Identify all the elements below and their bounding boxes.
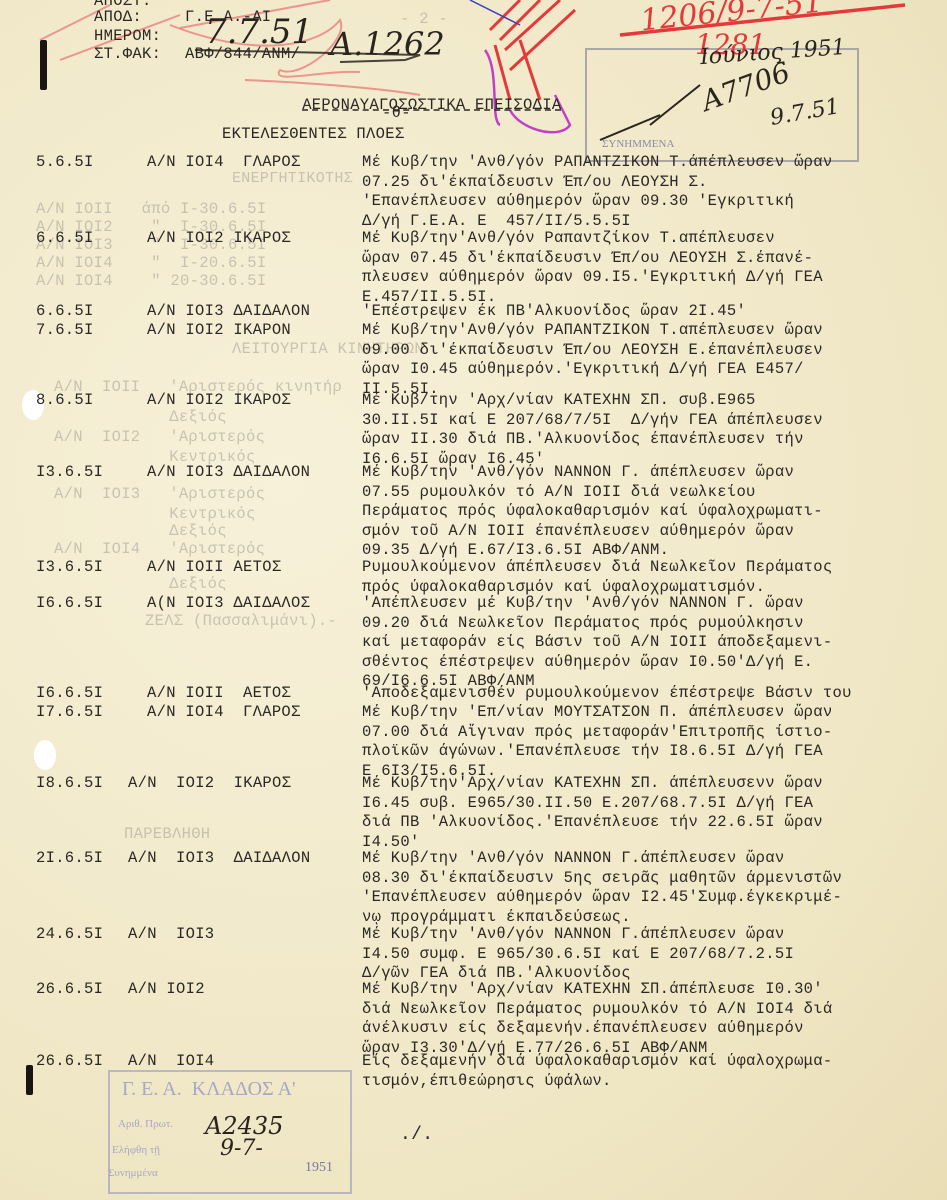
- entry-vessel: Α/Ν ΙΟΙ3 ΔΑΙΔΑΛΟΝ: [147, 463, 310, 481]
- entry-description: Μέ Κυβ/την'Ανθ/γόν ΡΑΠΑΝΤΖΙΚΟΝ Τ.απέπλευ…: [362, 321, 823, 399]
- ghost-row: Δεξιός: [54, 575, 227, 593]
- punch-hole-2: [34, 740, 56, 770]
- entry-date: I3.6.5I: [36, 463, 103, 481]
- header-file-handwritten: Α.1262: [330, 25, 445, 63]
- ghost-footer: ΖΕΛΣ (Πασσαλιμάνι).-: [145, 612, 337, 630]
- entry-description: Μέ Κυβ/την 'Αρχ/νίαν ΚΑΤΕΧΗΝ ΣΠ. συβ.Ε96…: [362, 391, 823, 469]
- stamp-year: 1951: [305, 1160, 333, 1176]
- binding-mark-top: [40, 40, 47, 90]
- entry-vessel: Α/Ν ΙΟΙ2 ΙΚΑΡΟΣ: [128, 774, 291, 792]
- entry-date: I7.6.5I: [36, 703, 103, 721]
- ghost-row: Α/Ν ΙΟΙ4 " I-20.6.5I: [36, 254, 266, 272]
- ghost-row: Α/Ν ΙΟΙ4 " 20-30.6.5I: [36, 272, 266, 290]
- entry-description: 'Επέστρεψεν έκ ΠΒ'Αλκυονίδος ὥραν 2I.45': [362, 302, 746, 322]
- entry-vessel: Α/Ν ΙΟΙ2 ΙΚΑΡΟΣ: [147, 391, 291, 409]
- stamp-field-received: Ελήφθη τῇ: [112, 1144, 160, 1156]
- entry-description: Μέ Κυβ/την 'Ανθ/γόν ΝΑΝΝΟΝ Γ.άπέπλευσεν …: [362, 925, 794, 984]
- entry-date: 6.6.5I: [36, 302, 94, 320]
- entry-vessel: Α/Ν ΙΟΙ2: [128, 980, 205, 998]
- ghost-row: Α/Ν ΙΟΙ4 'Αριστερός: [54, 540, 265, 558]
- entry-description: Μέ Κυβ/την 'Αρχ/νίαν ΚΑΤΕΧΗΝ ΣΠ.άπέπλευσ…: [362, 980, 832, 1058]
- entry-vessel: Α/Ν ΙΟΙ2 ΙΚΑΡΟΝ: [147, 321, 291, 339]
- entry-description: Μέ Κυβ/την 'Ανθ/γόν ΝΑΝΝΟΝ Γ.άπέπλευσεν …: [362, 849, 842, 927]
- entry-vessel: Α/Ν ΙΟΙΙ ΑΕΤΟΣ: [147, 558, 281, 576]
- entry-date: I8.6.5I: [36, 774, 103, 792]
- entry-vessel: Α/Ν ΙΟΙ3 ΔΑΙΔΑΛΟΝ: [128, 849, 310, 867]
- entry-date: 2I.6.5I: [36, 849, 103, 867]
- entry-date: 24.6.5I: [36, 925, 103, 943]
- entry-vessel: Α/Ν ΙΟΙ2 ΙΚΑΡΟΣ: [147, 229, 291, 247]
- entry-date: I6.6.5I: [36, 594, 103, 612]
- entry-date: 6.6.5I: [36, 229, 94, 247]
- ghost-row: Δεξιός: [54, 408, 227, 426]
- page-continuation: ./.: [400, 1125, 433, 1145]
- ghost-row: Α/Ν ΙΟΙΙ άπό I-30.6.5I: [36, 200, 266, 218]
- entry-date: 7.6.5I: [36, 321, 94, 339]
- section-letter: -θ-: [382, 104, 411, 122]
- entry-description: 'Αποδεξαμενισθέν ρυμουλκούμενον έπέστρεψ…: [362, 684, 852, 704]
- entry-date: I3.6.5I: [36, 558, 103, 576]
- entry-vessel: Α/Ν ΙΟΙ4: [128, 1052, 214, 1070]
- entry-date: 26.6.5I: [36, 1052, 103, 1070]
- entry-vessel: Α/Ν ΙΟΙ3: [128, 925, 214, 943]
- header-date-label: ΗΜΕΡΟΜ:: [94, 27, 161, 45]
- header-apod-label: ΑΠΟΔ:: [94, 8, 142, 26]
- entry-description: 'Απέπλευσεν μέ Κυβ/την 'Ανθ/γόν ΝΑΝΝΟΝ Γ…: [362, 594, 832, 692]
- entry-description: Μέ Κυβ/την 'Επ/νίαν ΜΟΥΤΣΑΤΣΟΝ Π. άπέπλε…: [362, 703, 832, 781]
- binding-mark-bottom: [26, 1065, 33, 1095]
- ghost-heading-1: ΕΝΕΡΓΗΤΙΚΟΤΗΣ: [232, 170, 353, 187]
- ghost-row: Κεντρικός: [54, 505, 256, 523]
- stamp-attachments-label: ΣΥΝΗΜΜΕΝΑ: [602, 138, 674, 150]
- stamp-field-protocol: Αριθ. Πρωτ.: [118, 1118, 173, 1130]
- entry-description: Μέ Κυβ/την 'Ανθ/γόν ΝΑΝΝΟΝ Γ. άπέπλευσεν…: [362, 463, 823, 561]
- entry-date: I6.6.5I: [36, 684, 103, 702]
- entry-description: Μέ Κυβ/την 'Ανθ/γόν ΡΑΠΑΝΤΖΙΚΟΝ Τ.άπέπλε…: [362, 153, 832, 231]
- page-marker: - 2 -: [400, 10, 448, 28]
- title-text: ΑΕΡΟΝΑΥΑΓΟΣΩΣΤΙΚΑ ΕΠΕΙΣΟΔΙΑ: [302, 96, 561, 114]
- entry-date: 5.6.5I: [36, 153, 94, 171]
- ghost-row: Δεξιός: [54, 522, 227, 540]
- header-file-label: ΣΤ.ΦΑΚ:: [94, 45, 161, 63]
- entry-description: Μέ Κυβ/την'Αρχ/νίαν ΚΑΤΕΧΗΝ ΣΠ. άπέπλευσ…: [362, 774, 823, 852]
- ghost-heading-3: ΠΑΡΕΒΛΗΘΗ: [124, 825, 210, 843]
- document-title: ΑΕΡΟΝΑΥΑΓΟΣΩΣΤΙΚΑ ΕΠΕΙΣΟΔΙΑ: [283, 78, 561, 114]
- ghost-row: Α/Ν ΙΟΙ3 'Αριστερός: [54, 485, 265, 503]
- stamp-received-date: 9-7-: [220, 1136, 263, 1161]
- ghost-row: Α/Ν ΙΟΙ2 'Αριστερός: [54, 428, 265, 446]
- entry-vessel: Α/Ν ΙΟΙΙ ΑΕΤΟΣ: [147, 684, 291, 702]
- entry-vessel: Α/Ν ΙΟΙ3 ΔΑΙΔΑΛΟΝ: [147, 302, 310, 320]
- entry-description: Ρυμουλκούμενον άπέπλευσεν διά Νεωλκεῖον …: [362, 558, 832, 597]
- entry-description: Είς δεξαμενήν διά ύφαλοκαθαρισμόν καί ύφ…: [362, 1052, 832, 1091]
- entry-date: 26.6.5I: [36, 980, 103, 998]
- entry-vessel: Α/Ν ΙΟΙ4 ΓΛΑΡΟΣ: [147, 153, 301, 171]
- entry-date: 8.6.5I: [36, 391, 94, 409]
- stamp-title: Γ. Ε. Α. ΚΛΑΔΟΣ Α': [122, 1078, 296, 1101]
- header-file-value: ΑΒΦ/844/ΑΝΜ/: [185, 45, 300, 63]
- entry-vessel: Α/Ν ΙΟΙ4 ΓΛΑΡΟΣ: [147, 703, 301, 721]
- entry-description: Μέ Κυβ/την'Ανθ/γόν Ραπαντζίκον Τ.απέπλευ…: [362, 229, 823, 307]
- entry-vessel: Α(Ν ΙΟΙ3 ΔΑΙΔΑΛΟΣ: [147, 594, 310, 612]
- section-subtitle: ΕΚΤΕΛΕΣΘΕΝΤΕΣ ΠΛΟΕΣ: [222, 125, 404, 143]
- stamp-field-attachments: Συνημμένα: [108, 1167, 158, 1179]
